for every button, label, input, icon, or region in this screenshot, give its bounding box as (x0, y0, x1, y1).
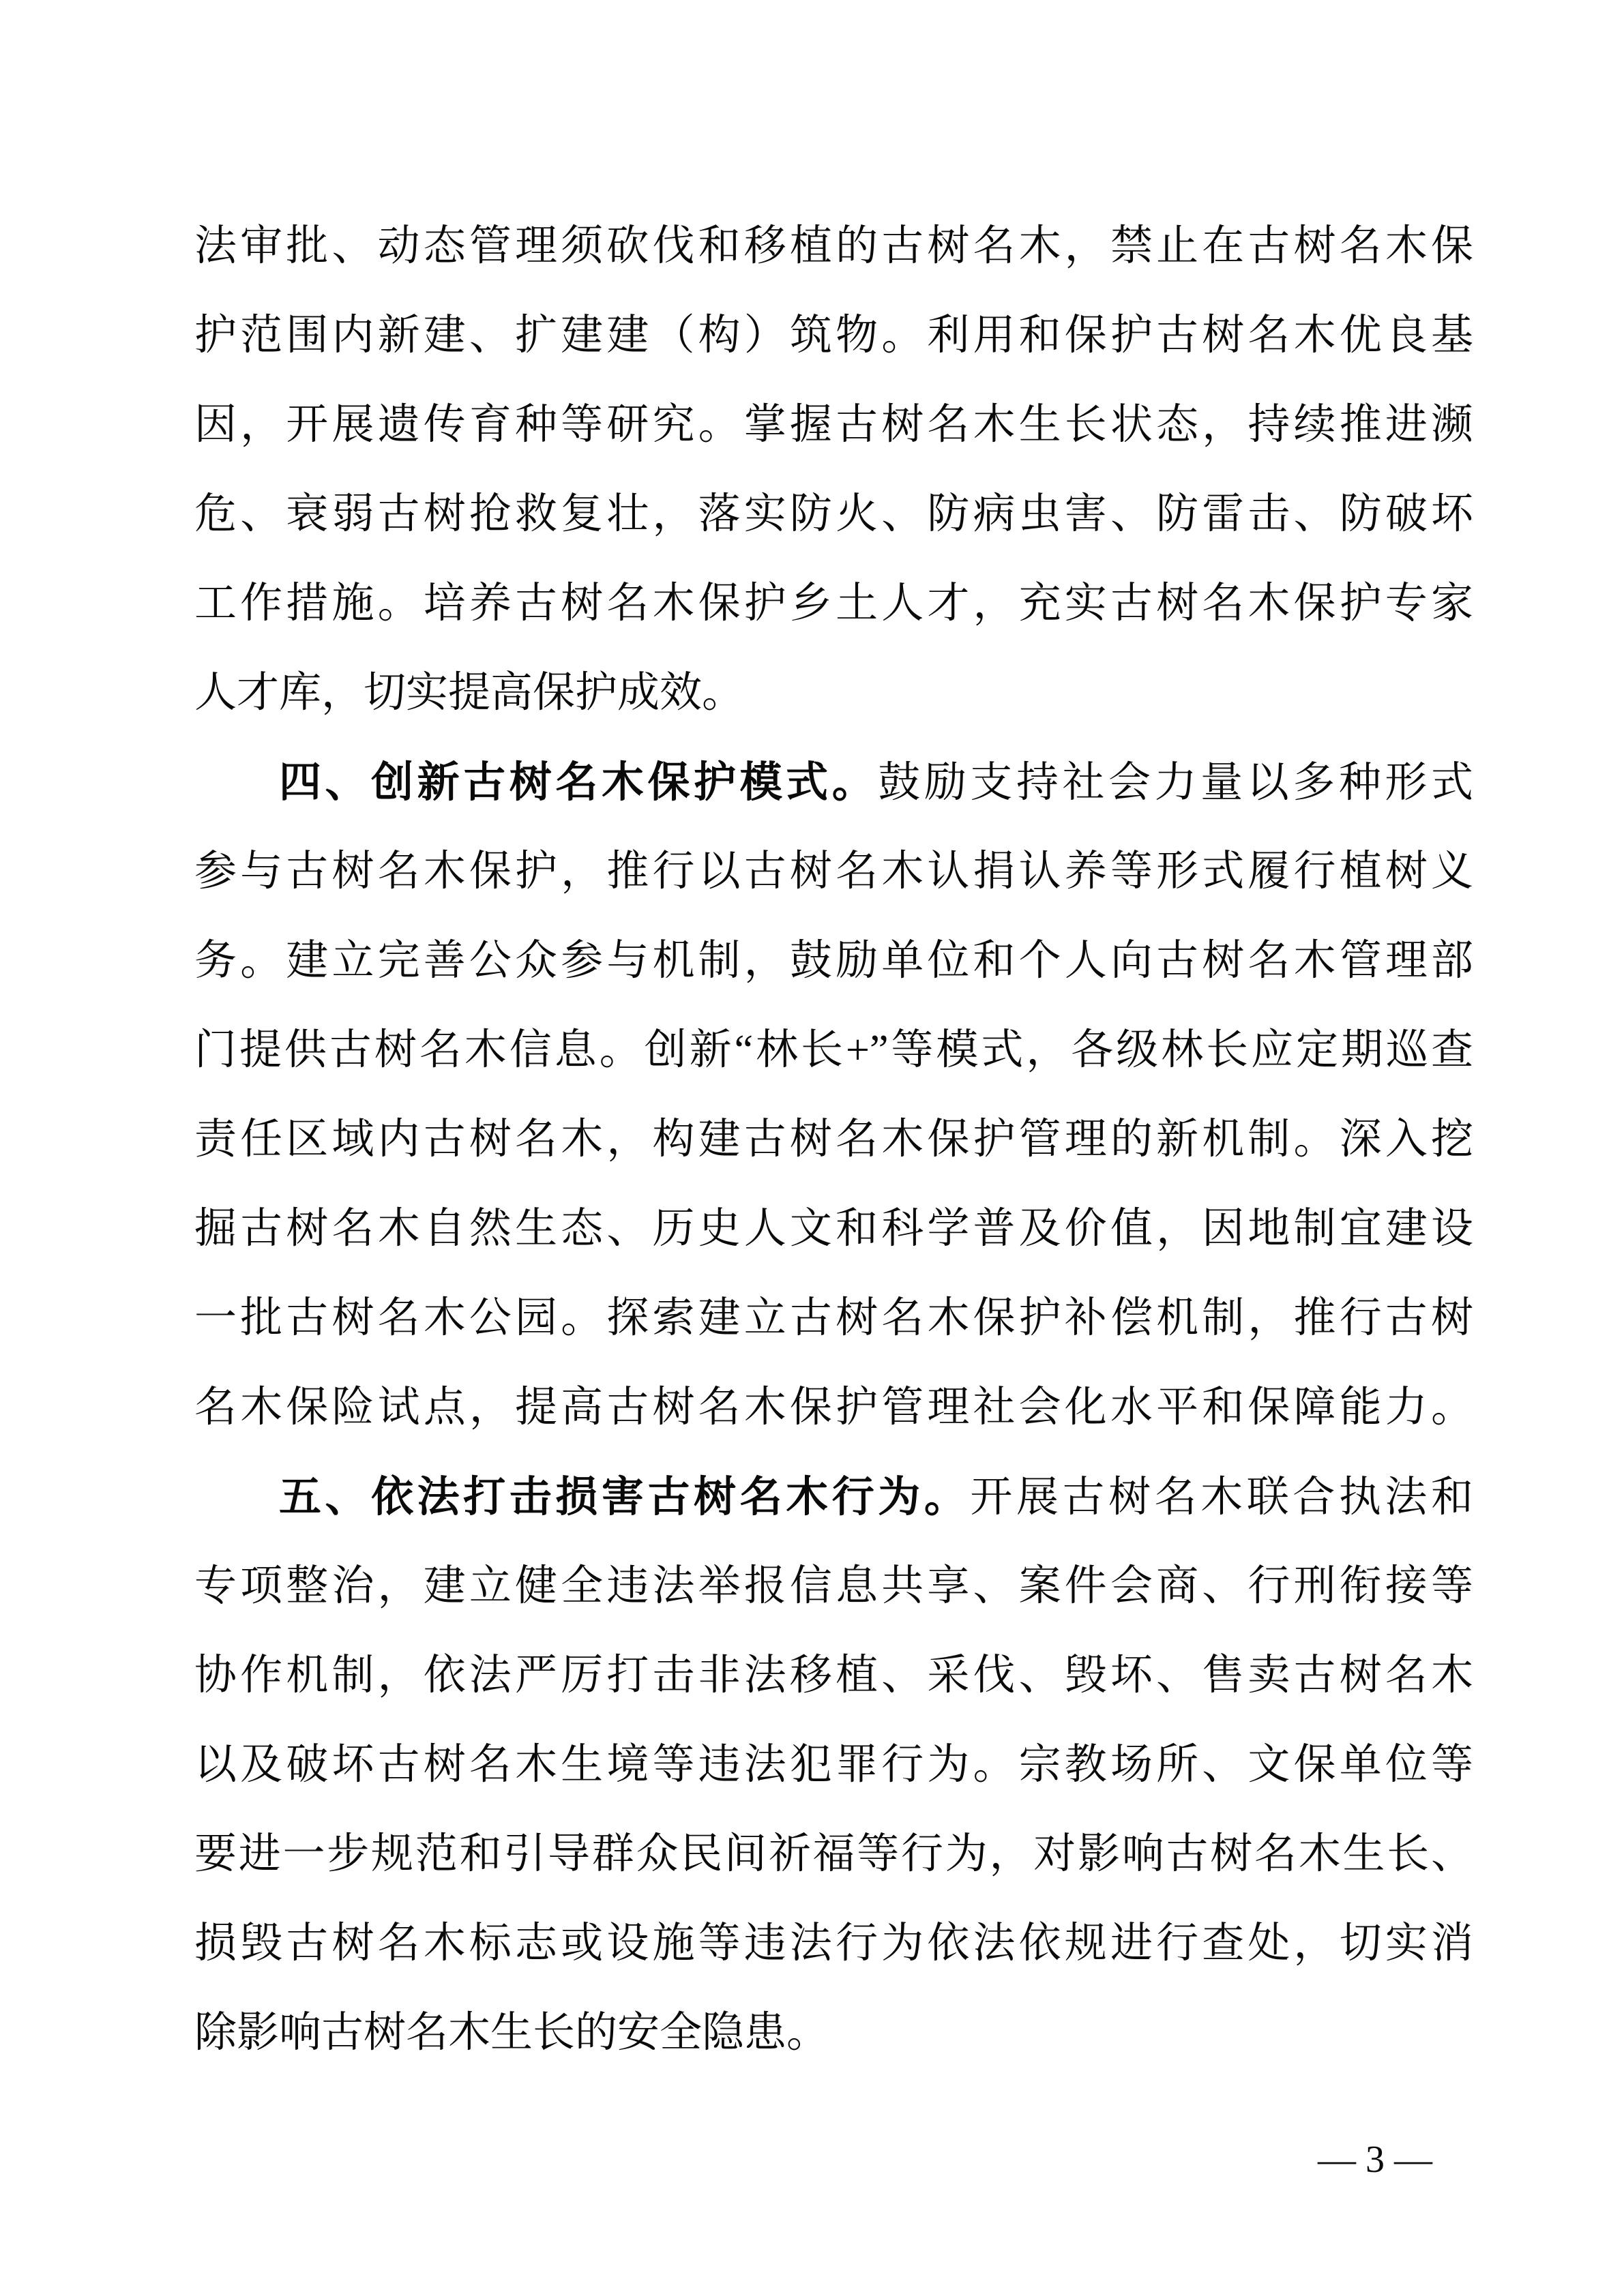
body-line: 因，开展遗传育种等研究。掌握古树名木生长状态，持续推进濒 (194, 381, 1473, 470)
body-line: 四、创新古树名木保护模式。鼓励支持社会力量以多种形式 (194, 738, 1473, 827)
body-line: 掘古树名木自然生态、历史人文和科学普及价值，因地制宜建设 (194, 1184, 1473, 1274)
document-page: 法审批、动态管理须砍伐和移植的古树名木，禁止在古树名木保 护范围内新建、扩建建（… (0, 0, 1624, 2296)
body-line: 务。建立完善公众参与机制，鼓励单位和个人向古树名木管理部 (194, 916, 1473, 1006)
body-line: 五、依法打击损害古树名木行为。开展古树名木联合执法和 (194, 1452, 1473, 1542)
section-5-heading-follow: 开展古树名木联合执法和 (970, 1474, 1473, 1521)
body-line: 专项整治，建立健全违法举报信息共享、案件会商、行刑衔接等 (194, 1542, 1473, 1631)
body-line: 法审批、动态管理须砍伐和移植的古树名木，禁止在古树名木保 (194, 202, 1473, 291)
page-number: — 3 — (1318, 2141, 1432, 2179)
body-line: 要进一步规范和引导群众民间祈福等行为，对影响古树名木生长、 (194, 1810, 1473, 1899)
body-line: 名木保险试点，提高古树名木保护管理社会化水平和保障能力。 (194, 1363, 1473, 1452)
body-line: 危、衰弱古树抢救复壮，落实防火、防病虫害、防雷击、防破坏 (194, 470, 1473, 559)
body-line: 工作措施。培养古树名木保护乡土人才，充实古树名木保护专家 (194, 559, 1473, 648)
body-line: 护范围内新建、扩建建（构）筑物。利用和保护古树名木优良基 (194, 291, 1473, 381)
body-line: 责任区域内古树名木，构建古树名木保护管理的新机制。深入挖 (194, 1095, 1473, 1184)
body-text: 法审批、动态管理须砍伐和移植的古树名木，禁止在古树名木保 护范围内新建、扩建建（… (194, 202, 1473, 2078)
body-line: 人才库，切实提高保护成效。 (194, 648, 1473, 738)
body-line: 除影响古树名木生长的安全隐患。 (194, 1988, 1473, 2078)
body-line: 参与古树名木保护，推行以古树名木认捐认养等形式履行植树义 (194, 827, 1473, 916)
body-line: 协作机制，依法严厉打击非法移植、采伐、毁坏、售卖古树名木 (194, 1631, 1473, 1720)
body-line: 门提供古树名木信息。创新“林长+”等模式，各级林长应定期巡查 (194, 1006, 1473, 1095)
section-4-heading: 四、创新古树名木保护模式。 (279, 759, 878, 806)
section-4-heading-follow: 鼓励支持社会力量以多种形式 (878, 760, 1473, 806)
body-line: 损毁古树名木标志或设施等违法行为依法依规进行查处，切实消 (194, 1899, 1473, 1988)
body-line: 以及破坏古树名木生境等违法犯罪行为。宗教场所、文保单位等 (194, 1720, 1473, 1810)
body-line: 一批古树名木公园。探索建立古树名木保护补偿机制，推行古树 (194, 1274, 1473, 1363)
section-5-heading: 五、依法打击损害古树名木行为。 (279, 1474, 970, 1521)
